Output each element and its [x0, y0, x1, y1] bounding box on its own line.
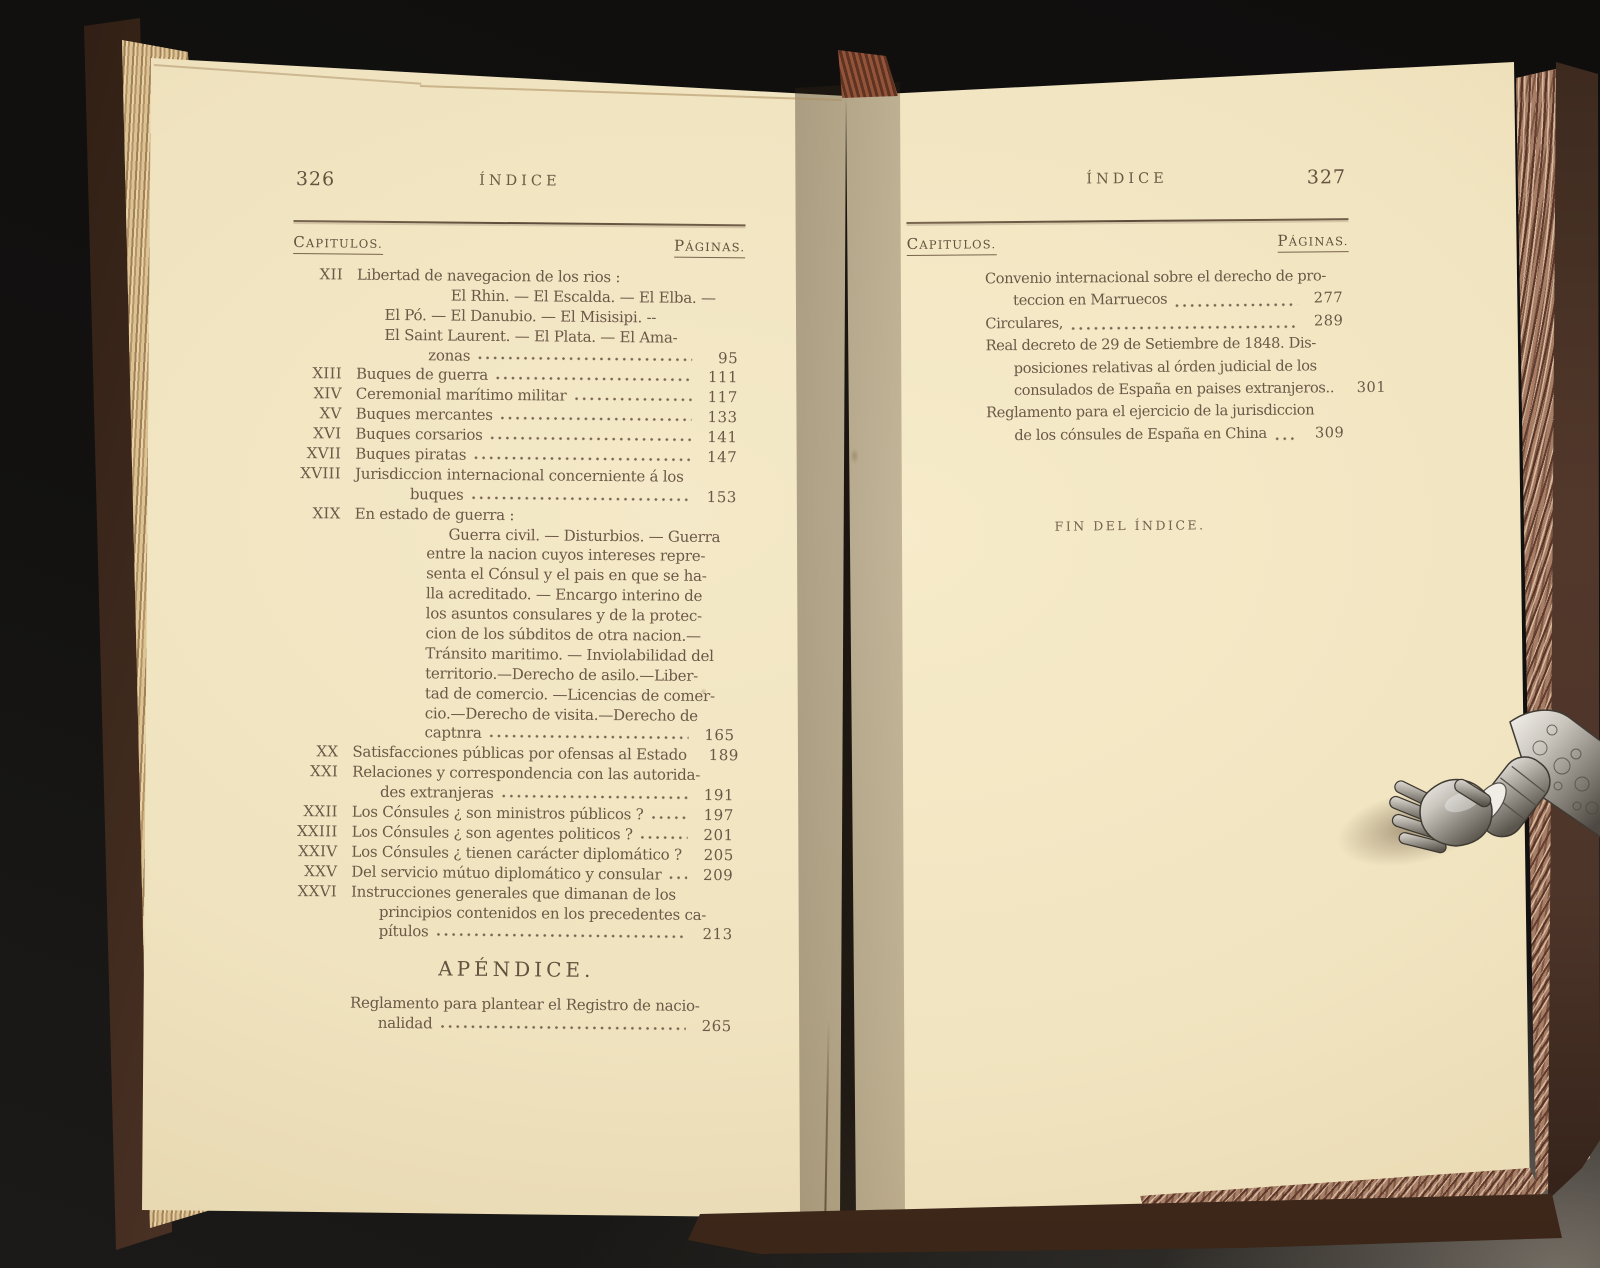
entry-text: consulados de España en paises extranjer…: [1014, 379, 1334, 399]
entry-page-number: 301: [1346, 379, 1386, 396]
entry-page-number: 197: [694, 806, 734, 824]
dot-leader: [494, 366, 692, 388]
entry-text: cion de los súbditos de otra nacion.—: [425, 624, 700, 645]
entry-page-number: 191: [694, 786, 734, 804]
entry-text: tad de comercio. —Licencias de comer-: [425, 684, 715, 705]
entry-page-number: 133: [698, 408, 738, 426]
running-title: ÍNDICE: [294, 171, 746, 191]
dot-leader: [689, 468, 691, 488]
indent: [353, 716, 425, 718]
chapter-numeral: XIX: [291, 504, 341, 522]
dot-leader: [662, 308, 693, 328]
chapter-numeral: XX: [288, 742, 338, 760]
column-headers: CAPITULOS. PÁGINAS.: [293, 235, 745, 258]
indent: [354, 577, 426, 579]
entry-text: pítulos: [379, 922, 429, 940]
entry-page-number: 95: [698, 348, 738, 366]
appendix-heading: APÉNDICE.: [286, 955, 738, 983]
entry-text: Guerra civil. — Disturbios. — Guerra: [448, 525, 720, 546]
entry-text: los asuntos consulares y de la protec-: [426, 604, 702, 625]
entry-page-number: 289: [1303, 312, 1343, 329]
indent: [356, 338, 384, 339]
photograph-of-open-antique-book: 326 ÍNDICE CAPITULOS. PÁGINAS. XII Liber…: [0, 0, 1600, 1268]
dot-leader: [667, 865, 687, 885]
indent: [351, 915, 379, 916]
dot-leader: [499, 406, 692, 428]
entry-text: de los cónsules de España en China: [1014, 425, 1267, 444]
dot-leader: [572, 387, 692, 408]
indent: [353, 696, 425, 698]
dot-leader: [487, 724, 688, 746]
entry-text: Real decreto de 29 de Setiembre de 1848.…: [985, 335, 1316, 355]
indent: [352, 796, 380, 797]
chapter-numeral: XIII: [292, 364, 342, 382]
entry-text: Reglamento para plantear el Registro de …: [350, 994, 700, 1015]
entry-page-number: 209: [693, 866, 733, 884]
chapter-numeral: XII: [293, 265, 343, 283]
column-header-chapters: CAPITULOS.: [293, 235, 383, 255]
entry-text: des extranjeras: [380, 783, 494, 802]
dot-leader: [472, 446, 691, 468]
column-headers: CAPITULOS. PÁGINAS.: [907, 233, 1349, 256]
column-header-chapters: CAPITULOS.: [907, 236, 997, 256]
column-header-pages: PÁGINAS.: [1277, 233, 1348, 253]
indent: [354, 597, 426, 599]
indent: [986, 394, 1014, 395]
indent: [354, 557, 426, 559]
entry-text: El Rhin. — El Escalda. — El Elba. —: [451, 286, 716, 307]
indent: [351, 935, 379, 936]
entry-page-number: 153: [697, 488, 737, 506]
entry-page-number: 189: [699, 746, 739, 764]
index-entry-line: nalidad 265: [286, 1013, 732, 1037]
entry-text: entre la nacion cuyos intereses repre-: [426, 545, 705, 566]
dot-leader: [520, 506, 691, 528]
chapter-numeral: XXI: [288, 762, 338, 780]
indent: [354, 537, 448, 539]
indent: [353, 657, 425, 659]
entry-text: Buques mercantes: [356, 405, 493, 424]
dot-leader: [469, 485, 691, 507]
entry-text: zonas: [428, 346, 470, 364]
dot-leader: [639, 825, 688, 845]
dot-leader: [476, 346, 692, 368]
right-page-content: 327 ÍNDICE CAPITULOS. PÁGINAS. Convenio …: [906, 166, 1351, 535]
entry-page-number: 265: [692, 1017, 732, 1035]
entry-page-number: 201: [694, 826, 734, 844]
entry-page-number: 213: [693, 925, 733, 943]
dot-leader: [438, 1015, 686, 1037]
entry-text: Los Cónsules ¿ son agentes politicos ?: [352, 823, 633, 844]
header-rule: [293, 220, 745, 226]
silver-hand-clasp-icon: [1362, 686, 1600, 871]
right-page-header: 327 ÍNDICE: [906, 166, 1348, 196]
index-entry-line: de los cónsules de España en China 309: [908, 424, 1344, 450]
entry-text: Ceremonial marítimo militar: [356, 385, 567, 405]
left-page-content: 326 ÍNDICE CAPITULOS. PÁGINAS. XII Liber…: [286, 168, 746, 1037]
left-page-header: 326 ÍNDICE: [294, 168, 746, 198]
dot-leader: [489, 426, 692, 448]
indent: [356, 358, 428, 360]
chapter-numeral: XV: [292, 404, 342, 422]
chapter-numeral: XXVI: [287, 882, 337, 900]
chapter-numeral: XVII: [291, 444, 341, 462]
entry-text: Relaciones y correspondencia con las aut…: [352, 763, 700, 784]
indent: [986, 372, 1014, 373]
entry-text: nalidad: [378, 1014, 433, 1033]
entry-text: Libertad de navegacion de los rios :: [357, 266, 620, 287]
indent: [357, 298, 451, 300]
entry-text: cio.—Derecho de visita.—Derecho de: [425, 704, 698, 725]
index-entries: XII Libertad de navegacion de los rios :…: [287, 265, 745, 946]
entry-text: Del servicio mútuo diplomático y consula…: [351, 862, 661, 883]
dot-leader: [626, 268, 693, 289]
chapter-numeral: XIV: [292, 384, 342, 402]
chapter-numeral: XVIII: [291, 464, 341, 482]
entry-text: Buques piratas: [355, 445, 466, 464]
entry-text: teccion en Marruecos: [1013, 291, 1167, 309]
entry-text: principios contenidos en los precedentes…: [379, 902, 706, 923]
entry-text: territorio.—Derecho de asilo.—Liber-: [425, 664, 698, 685]
index-entry-line: pítulos 213: [287, 921, 733, 945]
entry-text: El Pó. — El Danubio. — El Misisipi. --: [385, 306, 657, 327]
entry-page-number: 205: [694, 846, 734, 864]
chapter-numeral: XVI: [291, 424, 341, 442]
entry-text: Los Cónsules ¿ son ministros públicos ?: [352, 803, 644, 824]
indent: [353, 637, 425, 639]
entry-text: senta el Cónsul y el pais en que se ha-: [426, 565, 707, 586]
indent: [353, 736, 425, 738]
entry-page-number: 117: [698, 388, 738, 406]
entry-text: Jurisdiccion internacional concerniente …: [355, 465, 684, 486]
entry-page-number: 309: [1304, 424, 1344, 441]
foxing-spot: [850, 448, 859, 464]
chapter-numeral: XXII: [288, 802, 338, 820]
entry-text: En estado de guerra :: [355, 504, 515, 524]
dot-leader: [649, 805, 688, 825]
chapter-numeral: XXV: [287, 862, 337, 880]
appendix-entries: Reglamento para plantear el Registro de …: [286, 993, 738, 1037]
entry-page-number: 165: [694, 726, 734, 744]
header-rule: [906, 218, 1348, 224]
entry-page-number: 111: [698, 368, 738, 386]
chapter-numeral: XXIV: [287, 842, 337, 860]
entry-text: Buques corsarios: [355, 425, 482, 444]
dot-leader: [1069, 312, 1298, 336]
running-title: ÍNDICE: [906, 169, 1348, 189]
indent: [986, 439, 1014, 440]
entry-text: buques: [410, 485, 464, 504]
dot-leader: [500, 784, 689, 806]
entry-text: captnra: [424, 724, 481, 743]
dot-leader: [683, 328, 692, 348]
entry-page-number: 147: [697, 448, 737, 466]
indent: [354, 617, 426, 619]
entry-text: Instrucciones generales que dimanan de l…: [351, 882, 676, 903]
indent: [985, 304, 1013, 305]
chapter-numeral: XXIII: [288, 822, 338, 840]
entry-text: lla acreditado. — Encargo interino de: [426, 585, 702, 606]
indent: [353, 676, 425, 678]
entry-page-number: 277: [1303, 290, 1343, 307]
dot-leader: [1173, 290, 1297, 313]
entry-text: Circulares,: [985, 314, 1063, 332]
dot-leader: [682, 885, 687, 905]
entry-text: Tránsito maritimo. — Inviolabilidad del: [425, 644, 714, 665]
indent: [355, 497, 410, 499]
dot-leader: [434, 923, 686, 945]
indent: [350, 1027, 378, 1028]
entry-text: Los Cónsules ¿ tienen carácter diplomáti…: [351, 842, 682, 863]
indent: [357, 318, 385, 319]
entry-text: posiciones relativas al órden judicial d…: [1014, 357, 1317, 377]
column-header-pages: PÁGINAS.: [674, 239, 745, 259]
entry-text: Satisfacciones públicas por ofensas al E…: [352, 743, 687, 764]
index-entries: Convenio internacional sobre el derecho …: [907, 267, 1351, 450]
entry-page-number: 141: [697, 428, 737, 446]
entry-text: Convenio internacional sobre el derecho …: [985, 267, 1326, 287]
dot-leader: [1273, 424, 1299, 447]
entry-text: El Saint Laurent. — El Plata. — El Ama-: [384, 326, 677, 347]
entry-text: Reglamento para el ejercicio de la juris…: [986, 402, 1314, 422]
entry-text: Buques de guerra: [356, 365, 488, 384]
